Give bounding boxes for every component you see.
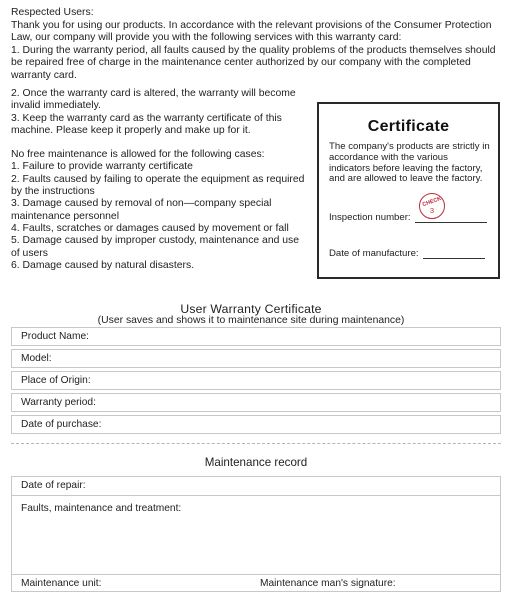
inspection-number-label: Inspection number: (329, 212, 411, 223)
warranty-period-field[interactable]: Warranty period: (11, 393, 501, 412)
certificate-title: Certificate (319, 118, 498, 136)
warranty-form-subtitle: (User saves and shows it to maintenance … (0, 315, 502, 326)
faults-treatment-field[interactable]: Faults, maintenance and treatment: (12, 496, 500, 575)
check-stamp-icon: CHECK 3 (419, 193, 445, 219)
intro-paragraph: Thank you for using our products. In acc… (11, 20, 506, 45)
manufacture-date-line[interactable] (423, 257, 485, 259)
maintenance-record-table: Date of repair: Faults, maintenance and … (11, 476, 501, 592)
maintenance-unit-field[interactable]: Maintenance unit: (21, 578, 101, 589)
manufacture-date-field: Date of manufacture: (329, 248, 485, 259)
maintenance-record-title: Maintenance record (0, 456, 512, 469)
warranty-form-title: User Warranty Certificate (0, 302, 502, 316)
exclusion-item: 4. Faults, scratches or damages caused b… (11, 223, 309, 235)
service-item: 3. Keep the warranty card as the warrant… (11, 113, 309, 138)
intro-section: Respected Users: Thank you for using our… (11, 7, 506, 83)
manufacture-date-label: Date of manufacture: (329, 248, 419, 259)
date-of-repair-field[interactable]: Date of repair: (12, 477, 500, 496)
maintenance-footer-row: Maintenance unit: Maintenance man's sign… (12, 575, 500, 592)
terms-column: 2. Once the warranty card is altered, th… (11, 88, 309, 272)
stamp-number: 3 (420, 206, 444, 215)
exclusion-item: 1. Failure to provide warranty certifica… (11, 161, 309, 173)
exclusion-item: 6. Damage caused by natural disasters. (11, 260, 309, 272)
product-name-field[interactable]: Product Name: (11, 327, 501, 346)
service-item: 1. During the warranty period, all fault… (11, 45, 506, 83)
certificate-box: Certificate The company's products are s… (317, 102, 500, 279)
inspection-number-field: Inspection number: (329, 212, 487, 223)
maintenance-signature-field[interactable]: Maintenance man's signature: (260, 575, 396, 592)
exclusion-item: 3. Damage caused by removal of non—compa… (11, 198, 309, 223)
greeting: Respected Users: (11, 7, 506, 20)
exclusion-item: 5. Damage caused by improper custody, ma… (11, 235, 309, 260)
service-item: 2. Once the warranty card is altered, th… (11, 88, 309, 113)
date-of-purchase-field[interactable]: Date of purchase: (11, 415, 501, 434)
inspection-number-line[interactable] (415, 221, 487, 223)
model-field[interactable]: Model: (11, 349, 501, 368)
cut-line-divider (11, 443, 501, 444)
certificate-body: The company's products are strictly in a… (329, 142, 490, 185)
exclusions-heading: No free maintenance is allowed for the f… (11, 149, 309, 161)
exclusion-item: 2. Faults caused by failing to operate t… (11, 174, 309, 199)
place-of-origin-field[interactable]: Place of Origin: (11, 371, 501, 390)
